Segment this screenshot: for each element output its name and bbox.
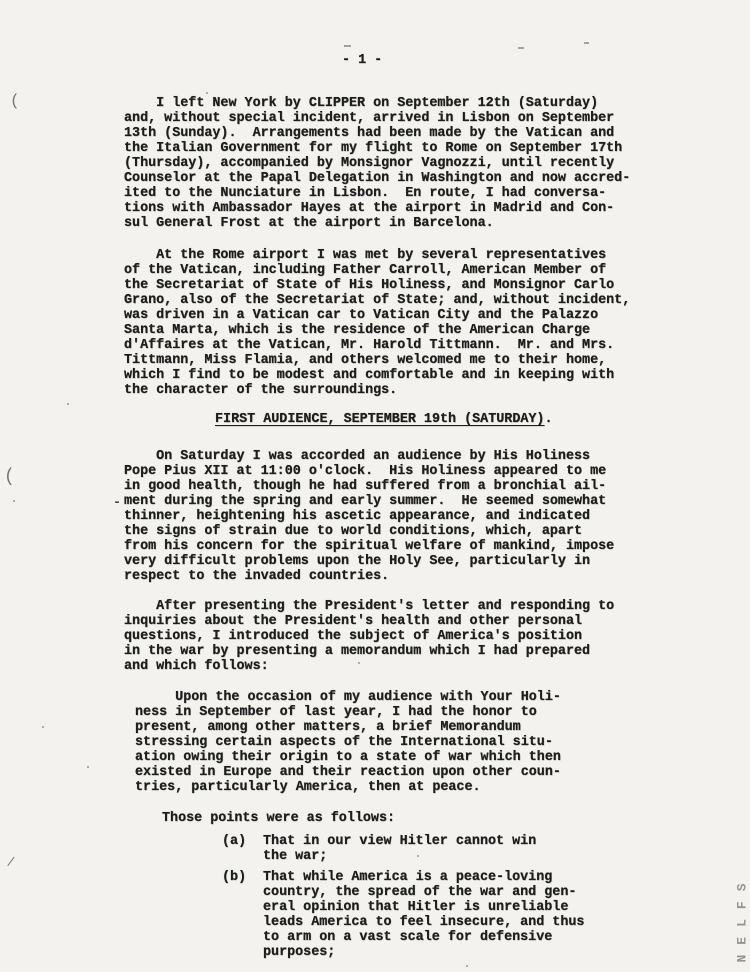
scan-speck [358,662,360,664]
left-margin-mark: ( [10,94,20,109]
scan-speck [584,42,589,44]
list-item-b: (b)That while America is a peace-loving … [222,870,584,960]
document-page: - 1 - I left New York by CLIPPER on Sept… [0,0,750,972]
list-marker-a: (a) [222,834,246,864]
heading-trailing-period: . [544,412,552,427]
scan-speck [206,92,208,94]
paragraph-presidents-letter: After presenting the President's letter … [124,599,614,674]
scan-speck [87,766,89,768]
section-heading-first-audience: FIRST AUDIENCE, SEPTEMBER 19th (SATURDAY… [215,412,553,427]
scan-speck [466,965,468,967]
scan-speck [67,403,69,405]
paragraph-audience-pope: On Saturday I was accorded an audience b… [124,449,614,584]
page-number: - 1 - [342,53,382,68]
heading-underlined-text: FIRST AUDIENCE, SEPTEMBER 19th (SATURDAY… [215,412,544,427]
stray-hyphen-mark: - [113,496,121,511]
scan-speck [518,47,524,49]
paragraph-travel-lisbon: I left New York by CLIPPER on September … [124,96,630,231]
paragraph-rome-arrival: At the Rome airport I was met by several… [124,248,630,398]
list-text-b: That while America is a peace-loving cou… [263,870,584,960]
list-text-a: That in our view Hitler cannot win the w… [263,834,536,864]
left-margin-mark: ( [4,470,15,485]
list-intro: Those points were as follows: [162,811,395,826]
list-marker-b: (b) [222,870,246,960]
scan-speck [42,726,44,728]
scan-speck [13,500,15,502]
memorandum-blockquote: Upon the occasion of my audience with Yo… [135,690,561,795]
left-margin-mark: / [6,855,16,871]
scan-speck [417,855,419,857]
right-edge-stamp: NELFS [735,863,750,963]
scan-speck [344,45,351,47]
list-item-a: (a)That in our view Hitler cannot win th… [222,834,536,864]
